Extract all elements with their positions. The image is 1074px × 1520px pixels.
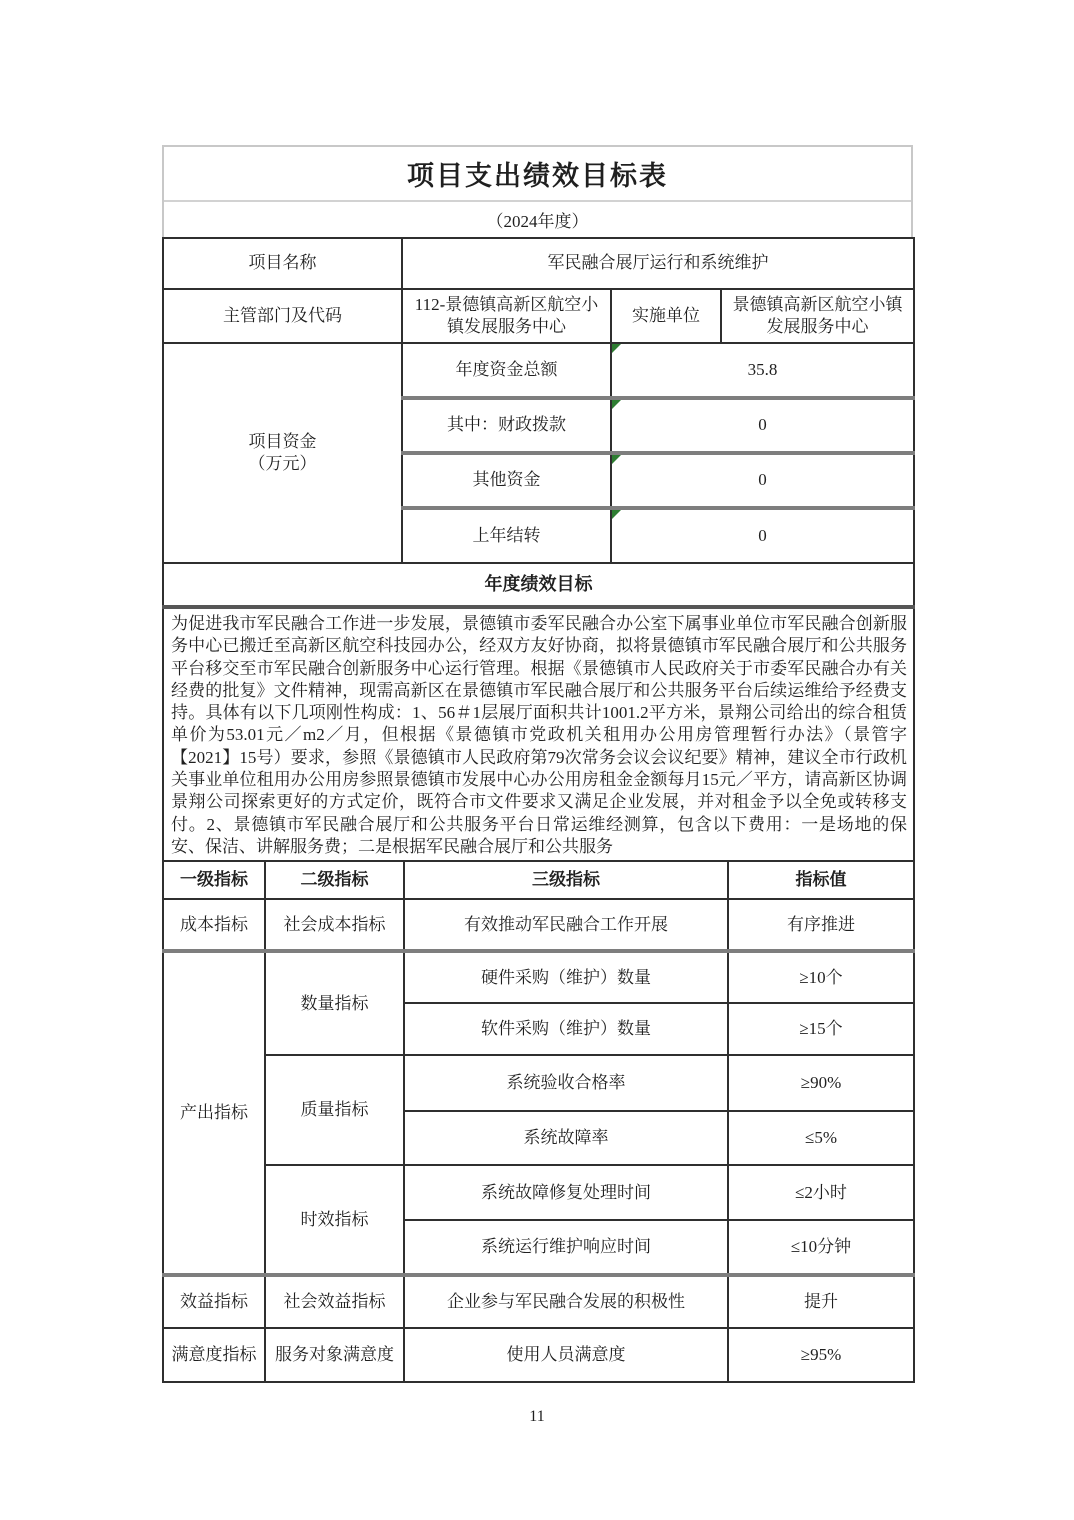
funding-total-label: 年度资金总额 xyxy=(402,343,611,398)
cell-comment-marker-icon xyxy=(612,510,621,519)
document-title: 项目支出绩效目标表 xyxy=(164,147,911,202)
hardware-value: ≥10个 xyxy=(728,951,914,1003)
funding-total-row: 项目资金 （万元） 年度资金总额 35.8 xyxy=(163,343,914,398)
header-level2: 二级指标 xyxy=(265,861,404,899)
satisfaction-level2: 服务对象满意度 xyxy=(265,1328,404,1382)
funding-carryover-label: 上年结转 xyxy=(402,508,611,563)
implementing-unit-label: 实施单位 xyxy=(611,289,721,343)
acceptance-indicator-row: 质量指标 系统验收合格率 ≥90% xyxy=(163,1055,914,1111)
repair-time-indicator-row: 时效指标 系统故障修复处理时间 ≤2小时 xyxy=(163,1165,914,1220)
response-time-value: ≤10分钟 xyxy=(728,1220,914,1275)
timeliness-level2: 时效指标 xyxy=(265,1165,404,1275)
annual-goal-text-row: 为促进我市军民融合工作进一步发展，景德镇市委军民融合办公室下属事业单位市军民融合… xyxy=(163,607,914,861)
software-value: ≥15个 xyxy=(728,1003,914,1055)
cost-level3: 有效推动军民融合工作开展 xyxy=(404,899,728,951)
department-value: 112-景德镇高新区航空小镇发展服务中心 xyxy=(402,289,611,343)
quality-level2: 质量指标 xyxy=(265,1055,404,1165)
funding-total-value-cell: 35.8 xyxy=(611,343,914,398)
funding-total-value: 35.8 xyxy=(748,360,778,379)
failure-rate-value: ≤5% xyxy=(728,1111,914,1165)
funding-group-label: 项目资金 （万元） xyxy=(163,343,402,563)
quantity-level2: 数量指标 xyxy=(265,951,404,1055)
cell-comment-marker-icon xyxy=(612,344,621,353)
benefit-level3: 企业参与军民融合发展的积极性 xyxy=(404,1275,728,1328)
performance-target-table: 项目支出绩效目标表 （2024年度） 项目名称 军民融合展厅运行和系统维护 主管… xyxy=(162,145,913,1383)
failure-rate-level3: 系统故障率 xyxy=(404,1111,728,1165)
header-value: 指标值 xyxy=(728,861,914,899)
benefit-indicator-row: 效益指标 社会效益指标 企业参与军民融合发展的积极性 提升 xyxy=(163,1275,914,1328)
repair-time-level3: 系统故障修复处理时间 xyxy=(404,1165,728,1220)
annual-goal-heading-row: 年度绩效目标 xyxy=(163,563,914,607)
annual-goal-heading: 年度绩效目标 xyxy=(163,563,914,607)
funding-other-label: 其他资金 xyxy=(402,453,611,508)
satisfaction-indicator-row: 满意度指标 服务对象满意度 使用人员满意度 ≥95% xyxy=(163,1328,914,1382)
funding-other-value-cell: 0 xyxy=(611,453,914,508)
satisfaction-level3: 使用人员满意度 xyxy=(404,1328,728,1382)
page-number: 11 xyxy=(0,1408,1074,1426)
hardware-indicator-row: 产出指标 数量指标 硬件采购（维护）数量 ≥10个 xyxy=(163,951,914,1003)
cell-comment-marker-icon xyxy=(612,400,621,409)
cost-indicator-row: 成本指标 社会成本指标 有效推动军民融合工作开展 有序推进 xyxy=(163,899,914,951)
repair-time-value: ≤2小时 xyxy=(728,1165,914,1220)
benefit-level2: 社会效益指标 xyxy=(265,1275,404,1328)
implementing-unit-value: 景德镇高新区航空小镇发展服务中心 xyxy=(721,289,914,343)
response-time-level3: 系统运行维护响应时间 xyxy=(404,1220,728,1275)
funding-other-value: 0 xyxy=(758,470,767,489)
department-label: 主管部门及代码 xyxy=(163,289,402,343)
acceptance-value: ≥90% xyxy=(728,1055,914,1111)
title-block: 项目支出绩效目标表 （2024年度） xyxy=(162,145,913,237)
header-level1: 一级指标 xyxy=(163,861,265,899)
project-info-table: 项目名称 军民融合展厅运行和系统维护 主管部门及代码 112-景德镇高新区航空小… xyxy=(162,237,915,862)
funding-fiscal-value-cell: 0 xyxy=(611,398,914,453)
indicators-header-row: 一级指标 二级指标 三级指标 指标值 xyxy=(163,861,914,899)
funding-fiscal-label: 其中：财政拨款 xyxy=(402,398,611,453)
cell-comment-marker-icon xyxy=(612,455,621,464)
benefit-level1: 效益指标 xyxy=(163,1275,265,1328)
software-level3: 软件采购（维护）数量 xyxy=(404,1003,728,1055)
annual-goal-text: 为促进我市军民融合工作进一步发展，景德镇市委军民融合办公室下属事业单位市军民融合… xyxy=(163,607,914,861)
cost-value: 有序推进 xyxy=(728,899,914,951)
project-name-label: 项目名称 xyxy=(163,238,402,289)
funding-carryover-value-cell: 0 xyxy=(611,508,914,563)
header-level3: 三级指标 xyxy=(404,861,728,899)
funding-fiscal-value: 0 xyxy=(758,415,767,434)
funding-carryover-value: 0 xyxy=(758,526,767,545)
document-page: 项目支出绩效目标表 （2024年度） 项目名称 军民融合展厅运行和系统维护 主管… xyxy=(0,0,1074,1520)
project-name-value: 军民融合展厅运行和系统维护 xyxy=(402,238,914,289)
cost-level2: 社会成本指标 xyxy=(265,899,404,951)
document-subtitle: （2024年度） xyxy=(164,202,911,237)
hardware-level3: 硬件采购（维护）数量 xyxy=(404,951,728,1003)
department-row: 主管部门及代码 112-景德镇高新区航空小镇发展服务中心 实施单位 景德镇高新区… xyxy=(163,289,914,343)
project-name-row: 项目名称 军民融合展厅运行和系统维护 xyxy=(163,238,914,289)
indicators-table: 一级指标 二级指标 三级指标 指标值 成本指标 社会成本指标 有效推动军民融合工… xyxy=(162,860,915,1383)
satisfaction-value: ≥95% xyxy=(728,1328,914,1382)
benefit-value: 提升 xyxy=(728,1275,914,1328)
cost-level1: 成本指标 xyxy=(163,899,265,951)
output-level1: 产出指标 xyxy=(163,951,265,1275)
acceptance-level3: 系统验收合格率 xyxy=(404,1055,728,1111)
satisfaction-level1: 满意度指标 xyxy=(163,1328,265,1382)
